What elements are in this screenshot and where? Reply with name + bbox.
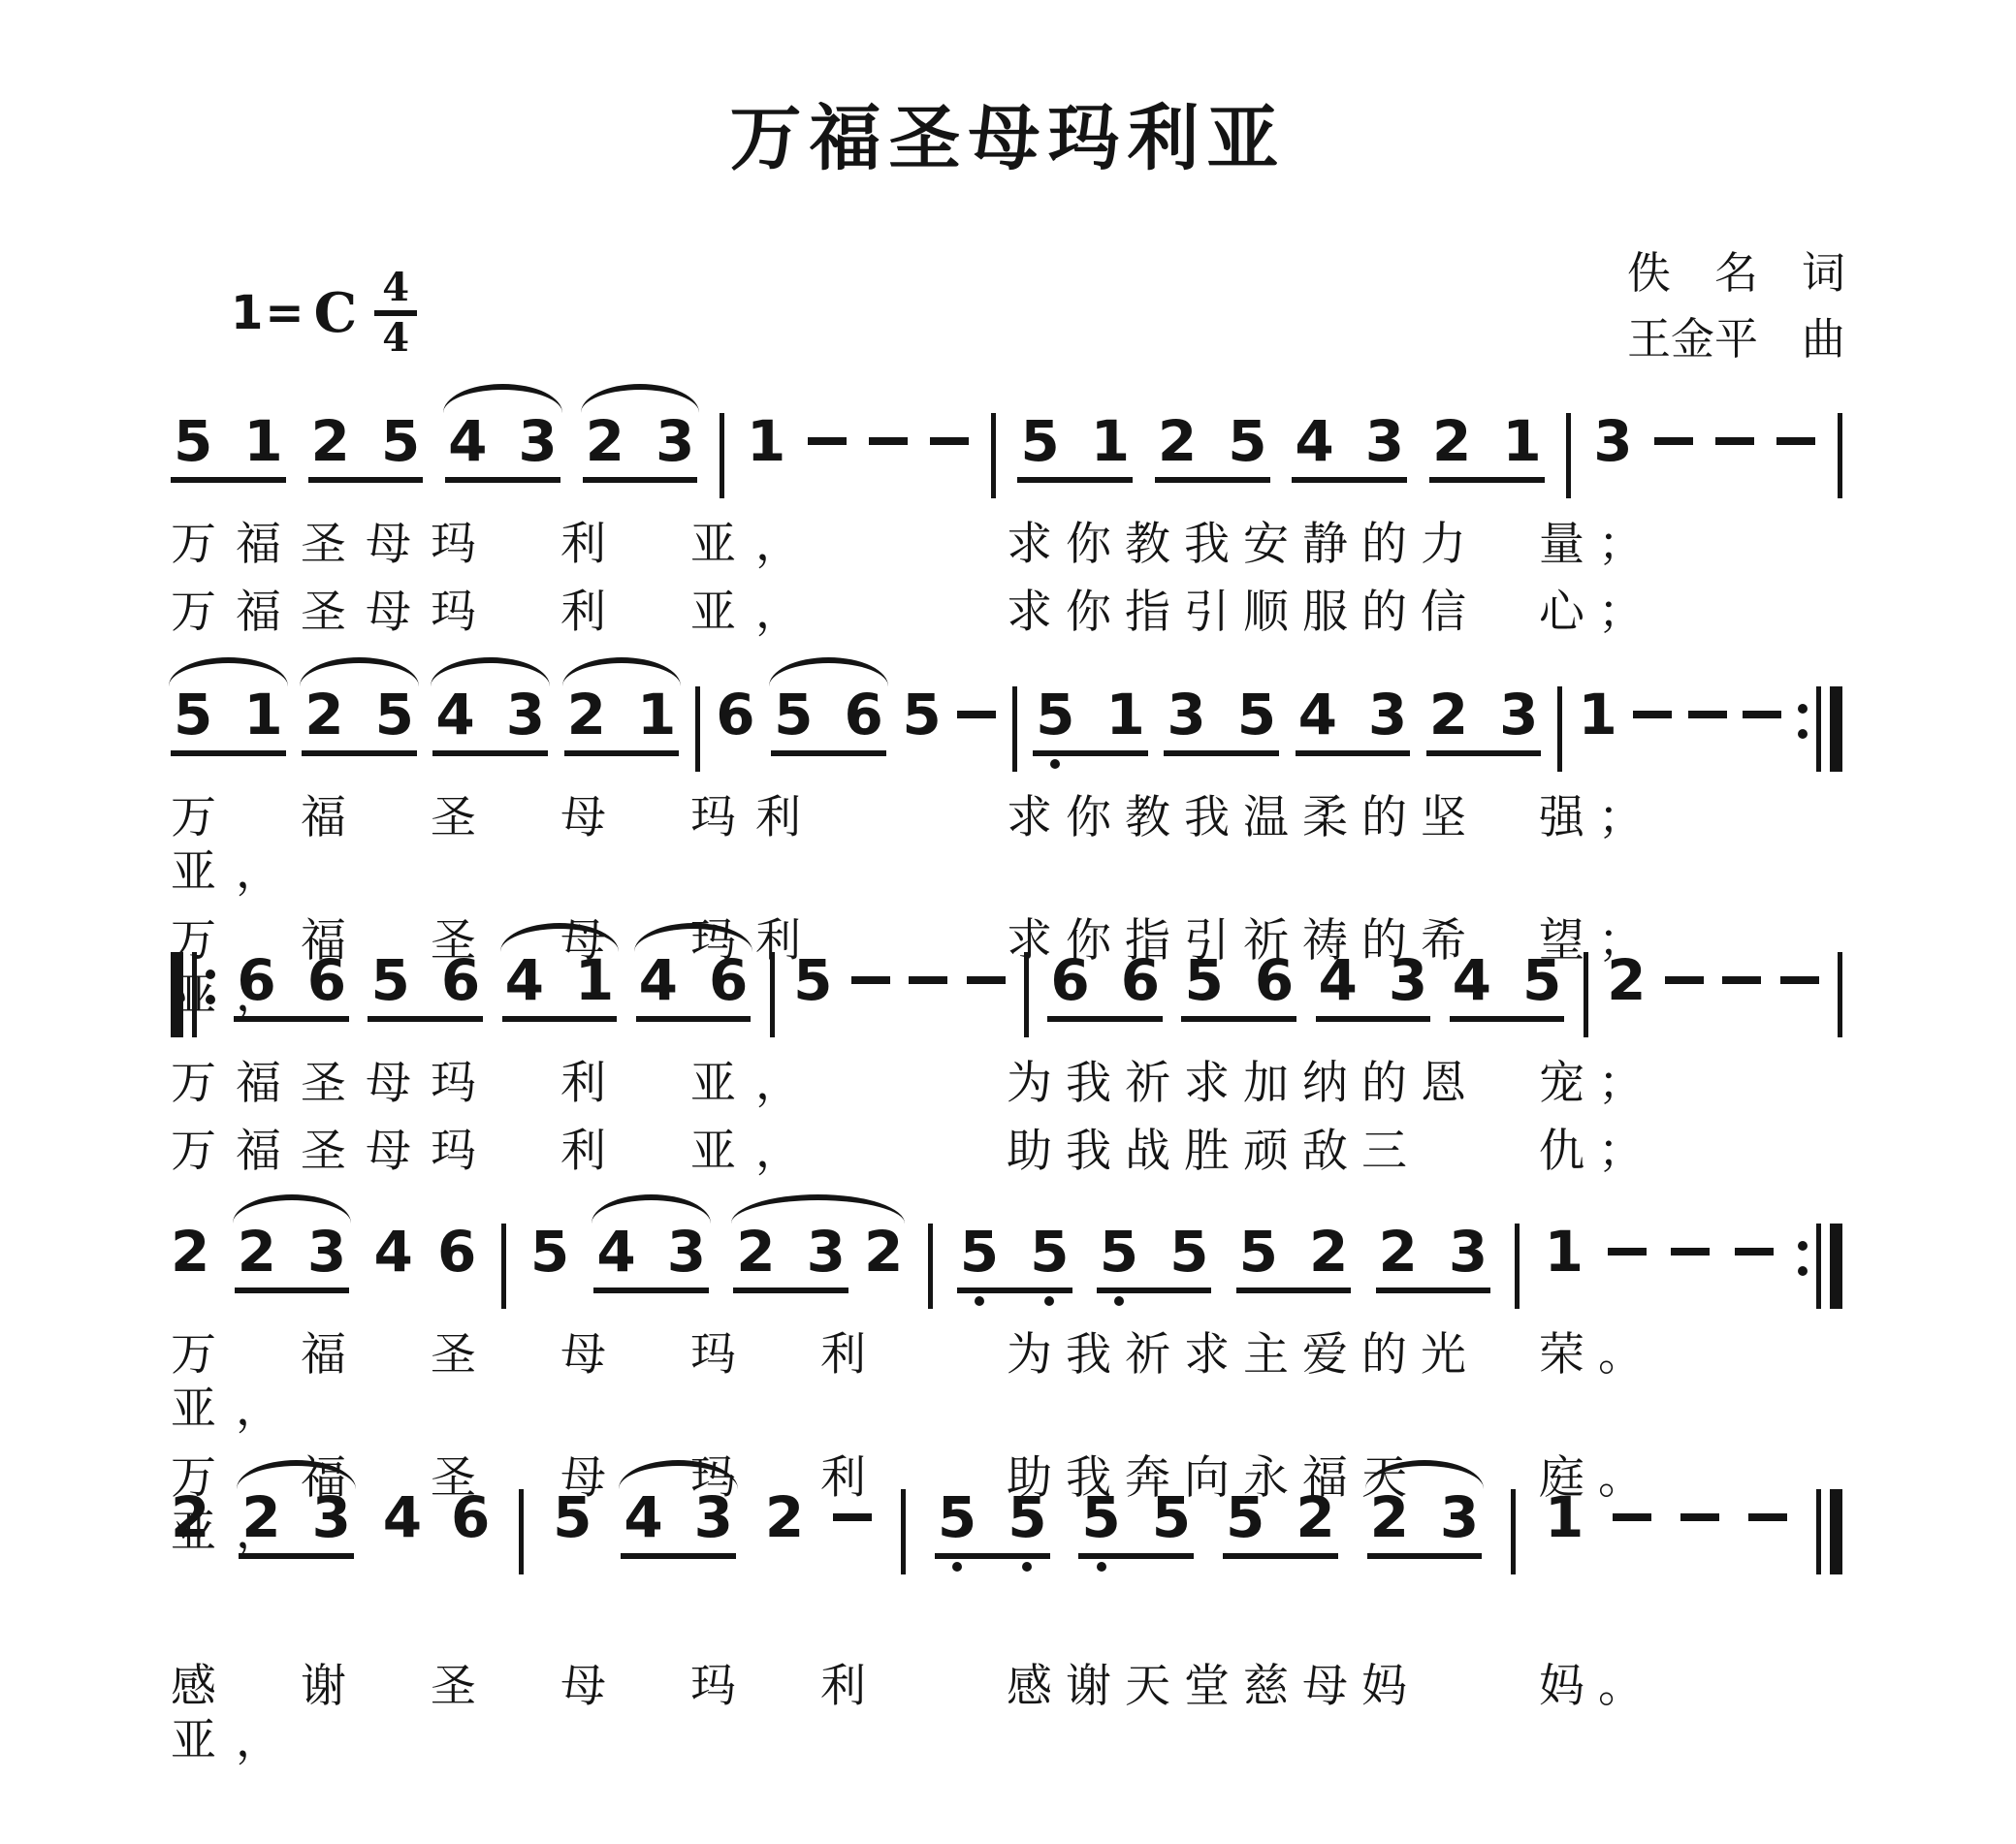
note-group: 66 bbox=[234, 952, 349, 1022]
note-digit: 5 bbox=[381, 413, 420, 469]
lyrics-right-phrase: 求你指引顺服的信 心； bbox=[1007, 586, 1842, 640]
note-digit: 6 bbox=[451, 1489, 490, 1545]
note-digit: 5 bbox=[1100, 1224, 1138, 1280]
duration-dash bbox=[1688, 711, 1727, 718]
note-digit: 3 bbox=[807, 1224, 846, 1280]
note-digit: 2 bbox=[241, 1489, 280, 1545]
barline bbox=[1566, 413, 1571, 498]
duration-dash bbox=[851, 976, 890, 984]
note-digit: 5 bbox=[1030, 1224, 1069, 1280]
note-digit: 5 bbox=[1008, 1489, 1046, 1545]
note-group: 23 bbox=[583, 413, 698, 483]
note-group: 43 bbox=[445, 413, 560, 483]
lyrics-line: 万福圣母玛 利 亚，求你指引顺服的信 心； bbox=[171, 586, 1842, 640]
note-group: 43 bbox=[1296, 686, 1411, 756]
note-group: 43 bbox=[621, 1489, 736, 1559]
beam-group: 51 bbox=[171, 686, 286, 756]
note-digit: 3 bbox=[506, 686, 545, 743]
beam-group: 23 bbox=[235, 1224, 350, 1293]
beam-group: 43 bbox=[432, 686, 548, 756]
lyrics-left-phrase: 万福圣母玛 利 亚， bbox=[171, 1125, 1007, 1179]
note-digit: 1 bbox=[1106, 686, 1145, 743]
note-digit: 6 bbox=[1050, 952, 1089, 1008]
beam-group: 43 bbox=[621, 1489, 736, 1559]
note-digit: 3 bbox=[518, 413, 557, 469]
note-group: 56 bbox=[1181, 952, 1296, 1022]
note-digit: 4 bbox=[1298, 686, 1337, 743]
note-digit: 2 bbox=[736, 1224, 775, 1280]
note-digit: 5 bbox=[1152, 1489, 1191, 1545]
note-digit: 5 bbox=[1036, 686, 1074, 743]
barline bbox=[1838, 413, 1842, 498]
lyrics-line: 感 谢 圣 母 玛 利 亚，感谢天堂慈母妈 妈。 bbox=[171, 1660, 1842, 1769]
beam-group: 35 bbox=[1164, 686, 1279, 756]
thick-bar bbox=[1830, 686, 1842, 772]
note-digit: 1 bbox=[243, 413, 282, 469]
beam-group: 25 bbox=[302, 686, 417, 756]
note-digit: 1 bbox=[637, 686, 676, 743]
thick-bar bbox=[1830, 1489, 1842, 1574]
note-digit: 5 bbox=[1020, 413, 1059, 469]
note-digit: 5 bbox=[1184, 952, 1223, 1008]
beam-group: 43 bbox=[1316, 952, 1431, 1022]
note-digit: 3 bbox=[1449, 1224, 1488, 1280]
note-digit: 4 bbox=[505, 952, 544, 1008]
beam-group: 23 bbox=[1426, 686, 1542, 756]
repeat-dot bbox=[1798, 1266, 1808, 1276]
barline bbox=[1012, 686, 1017, 772]
note-digit: 1 bbox=[1091, 413, 1130, 469]
barline bbox=[501, 1224, 506, 1309]
note-digit: 2 bbox=[765, 1489, 804, 1545]
duration-dash bbox=[1748, 1513, 1787, 1521]
note-digit: 4 bbox=[624, 1489, 662, 1545]
note-digit: 2 bbox=[586, 413, 624, 469]
beam-group: 23 bbox=[733, 1224, 848, 1293]
note-digit: 2 bbox=[1370, 1489, 1409, 1545]
thick-bar bbox=[1830, 1224, 1842, 1309]
duration-dash bbox=[833, 1513, 872, 1521]
beam-group: 51 bbox=[171, 413, 286, 483]
beam-group: 66 bbox=[234, 952, 349, 1022]
note-digit: 2 bbox=[1432, 413, 1471, 469]
barline bbox=[770, 952, 775, 1037]
note-group: 55 bbox=[1078, 1489, 1194, 1559]
note-digit: 2 bbox=[171, 1224, 209, 1280]
note-digit: 4 bbox=[639, 952, 678, 1008]
repeat-end-barline bbox=[1798, 686, 1842, 772]
note-digit: 6 bbox=[716, 686, 754, 743]
note-digit: 3 bbox=[312, 1489, 351, 1545]
duration-dash bbox=[1680, 1513, 1719, 1521]
lyricist-credit: 佚 名 词 bbox=[1627, 240, 1845, 306]
repeat-dots bbox=[1798, 1224, 1808, 1293]
note-digit: 6 bbox=[307, 952, 346, 1008]
note-digit: 2 bbox=[1607, 952, 1646, 1008]
note-digit: 4 bbox=[596, 1224, 635, 1280]
notation-line: 665641465665643452 bbox=[171, 919, 1842, 1037]
note-digit: 5 bbox=[530, 1224, 569, 1280]
lyrics-right-phrase: 感谢天堂慈母妈 妈。 bbox=[1007, 1660, 1842, 1769]
duration-dash bbox=[957, 711, 996, 718]
beam-group: 23 bbox=[1376, 1224, 1491, 1293]
note-digit: 5 bbox=[1169, 1224, 1208, 1280]
lyrics-left-phrase: 万福圣母玛 利 亚， bbox=[171, 518, 1007, 572]
note-digit: 2 bbox=[864, 1224, 903, 1280]
note-group: 43 bbox=[1316, 952, 1431, 1022]
barline bbox=[991, 413, 996, 498]
thin-bar bbox=[1816, 686, 1821, 772]
note-digit: 2 bbox=[238, 1224, 276, 1280]
note-digit: 3 bbox=[1593, 413, 1632, 469]
beam-group: 55 bbox=[1078, 1489, 1194, 1559]
beam-group: 55 bbox=[957, 1224, 1072, 1293]
repeat-dot bbox=[206, 995, 215, 1004]
note-digit: 2 bbox=[1429, 686, 1468, 743]
barline bbox=[1515, 1224, 1520, 1309]
duration-dash bbox=[1633, 711, 1672, 718]
note-group: 21 bbox=[1429, 413, 1545, 483]
note-group: 41 bbox=[502, 952, 618, 1022]
note-digit: 3 bbox=[694, 1489, 733, 1545]
duration-dash bbox=[909, 976, 947, 984]
note-digit: 1 bbox=[1502, 413, 1541, 469]
duration-dash bbox=[930, 437, 969, 445]
lyrics-left-phrase: 万福圣母玛 利 亚， bbox=[171, 1057, 1007, 1111]
note-digit: 5 bbox=[1522, 952, 1561, 1008]
lyrics-left-phrase: 万 福 圣 母 玛利 亚， bbox=[171, 791, 1007, 901]
time-signature: 4 4 bbox=[374, 268, 417, 359]
repeat-start-barline bbox=[171, 952, 215, 1037]
note-digit: 5 bbox=[1226, 1489, 1264, 1545]
note-digit: 4 bbox=[435, 686, 474, 743]
repeat-dot bbox=[206, 970, 215, 979]
barline bbox=[695, 686, 700, 772]
time-signature-numerator: 4 bbox=[374, 268, 417, 316]
duration-dash bbox=[1671, 1248, 1710, 1256]
barline bbox=[1511, 1489, 1516, 1574]
note-digit: 2 bbox=[171, 1489, 209, 1545]
barline bbox=[1584, 952, 1588, 1037]
beam-group: 55 bbox=[1097, 1224, 1212, 1293]
thick-bar bbox=[171, 952, 183, 1037]
repeat-dot bbox=[1798, 1241, 1808, 1251]
repeat-dot bbox=[1798, 729, 1808, 739]
note-group: 25 bbox=[302, 686, 417, 756]
note-group: 23 bbox=[235, 1224, 350, 1293]
note-digit: 2 bbox=[1379, 1224, 1418, 1280]
note-digit: 2 bbox=[1309, 1224, 1348, 1280]
note-digit: 4 bbox=[383, 1489, 422, 1545]
note-digit: 5 bbox=[553, 1489, 592, 1545]
note-digit: 4 bbox=[1453, 952, 1491, 1008]
tonic-prefix: 1= bbox=[231, 286, 306, 340]
note-group: 52 bbox=[1236, 1224, 1352, 1293]
credits: 佚 名 词 王金平 曲 bbox=[1627, 240, 1845, 371]
lyrics-right-phrase: 求你教我温柔的坚 强； bbox=[1007, 791, 1842, 901]
note-digit: 3 bbox=[667, 1224, 706, 1280]
repeat-dot bbox=[1798, 704, 1808, 714]
notation-line: 512543231512543213 bbox=[171, 380, 1842, 498]
duration-dash bbox=[1735, 1248, 1774, 1256]
notation-system: 512543231512543213万福圣母玛 利 亚，求你教我安静的力 量；万… bbox=[171, 380, 1842, 641]
note-digit: 3 bbox=[1368, 686, 1407, 743]
beam-group: 51 bbox=[1017, 413, 1133, 483]
note-digit: 3 bbox=[1167, 686, 1205, 743]
duration-dash bbox=[1715, 437, 1754, 445]
note-group: 51 bbox=[1033, 686, 1148, 756]
note-digit: 1 bbox=[575, 952, 614, 1008]
page-title: 万福圣母玛利亚 bbox=[0, 81, 2016, 184]
note-digit: 1 bbox=[243, 686, 282, 743]
notation-line: 223465432555552231 bbox=[171, 1456, 1842, 1574]
note-digit: 3 bbox=[1440, 1489, 1479, 1545]
note-group: 25 bbox=[1155, 413, 1270, 483]
note-digit: 5 bbox=[174, 686, 212, 743]
note-digit: 6 bbox=[237, 952, 275, 1008]
notation-system: 665641465665643452万福圣母玛 利 亚，为我祈求加纳的恩 宠；万… bbox=[171, 919, 1842, 1180]
note-digit: 2 bbox=[304, 686, 343, 743]
thin-bar bbox=[192, 952, 197, 1037]
note-digit: 5 bbox=[375, 686, 414, 743]
barline bbox=[720, 413, 724, 498]
repeat-end-barline bbox=[1798, 1224, 1842, 1309]
note-group: 46 bbox=[636, 952, 752, 1022]
composer-credit: 王金平 曲 bbox=[1627, 306, 1845, 372]
note-digit: 3 bbox=[656, 413, 694, 469]
barline bbox=[1557, 686, 1562, 772]
duration-dash bbox=[1608, 1248, 1647, 1256]
note-group: 23 bbox=[1376, 1224, 1491, 1293]
key-signature: 1= C 4 4 bbox=[231, 268, 417, 359]
beam-group: 43 bbox=[1292, 413, 1407, 483]
note-digit: 4 bbox=[373, 1224, 412, 1280]
note-digit: 5 bbox=[774, 686, 813, 743]
duration-dash bbox=[1776, 437, 1815, 445]
thin-bar bbox=[1816, 1224, 1821, 1309]
duration-dash bbox=[1743, 711, 1781, 718]
beam-group: 51 bbox=[1033, 686, 1148, 756]
note-group: 21 bbox=[564, 686, 680, 756]
beam-group: 45 bbox=[1450, 952, 1565, 1022]
barline bbox=[1024, 952, 1029, 1037]
beam-group: 55 bbox=[935, 1489, 1050, 1559]
note-group: 56 bbox=[771, 686, 886, 756]
barline bbox=[519, 1489, 524, 1574]
notation-line: 22346543232555552231 bbox=[171, 1191, 1842, 1309]
beam-group: 46 bbox=[636, 952, 752, 1022]
lyrics-right-phrase: 为我祈求主爱的光 荣。 bbox=[1007, 1328, 1842, 1438]
note-digit: 1 bbox=[1545, 1224, 1584, 1280]
lyrics-left-phrase: 万福圣母玛 利 亚， bbox=[171, 586, 1007, 640]
note-digit: 1 bbox=[747, 413, 785, 469]
note-digit: 5 bbox=[902, 686, 941, 743]
note-group: 23 bbox=[1426, 686, 1542, 756]
beam-group: 56 bbox=[771, 686, 886, 756]
note-group: 55 bbox=[935, 1489, 1050, 1559]
note-digit: 5 bbox=[938, 1489, 976, 1545]
lyrics-line: 万福圣母玛 利 亚，为我祈求加纳的恩 宠； bbox=[171, 1057, 1842, 1111]
duration-dash bbox=[869, 437, 908, 445]
note-digit: 4 bbox=[1295, 413, 1333, 469]
beam-group: 21 bbox=[564, 686, 680, 756]
note-digit: 2 bbox=[311, 413, 350, 469]
beam-group: 56 bbox=[368, 952, 483, 1022]
duration-dash bbox=[1654, 437, 1693, 445]
lyrics-right-phrase: 为我祈求加纳的恩 宠； bbox=[1007, 1057, 1842, 1111]
note-digit: 2 bbox=[1158, 413, 1197, 469]
note-digit: 4 bbox=[1319, 952, 1358, 1008]
note-digit: 3 bbox=[307, 1224, 346, 1280]
note-group: 56 bbox=[368, 952, 483, 1022]
duration-dash bbox=[808, 437, 847, 445]
final-barline bbox=[1816, 1489, 1842, 1574]
lyrics-left-phrase: 万 福 圣 母 玛 利 亚， bbox=[171, 1328, 1007, 1438]
note-digit: 6 bbox=[441, 952, 480, 1008]
lyrics-left-phrase: 感 谢 圣 母 玛 利 亚， bbox=[171, 1660, 1007, 1769]
note-group: 43 bbox=[432, 686, 548, 756]
notation-system: 223465432555552231感 谢 圣 母 玛 利 亚，感谢天堂慈母妈 … bbox=[171, 1456, 1842, 1769]
note-digit: 5 bbox=[1228, 413, 1266, 469]
beam-group: 43 bbox=[593, 1224, 709, 1293]
note-group: 55 bbox=[957, 1224, 1072, 1293]
beam-group: 52 bbox=[1236, 1224, 1352, 1293]
lyrics-line: 万福圣母玛 利 亚，求你教我安静的力 量； bbox=[171, 518, 1842, 572]
note-digit: 2 bbox=[1296, 1489, 1334, 1545]
repeat-dots bbox=[1798, 686, 1808, 756]
note-digit: 5 bbox=[174, 413, 212, 469]
duration-dash bbox=[1613, 1513, 1651, 1521]
note-group: 51 bbox=[171, 686, 286, 756]
beam-group: 52 bbox=[1223, 1489, 1338, 1559]
note-digit: 2 bbox=[567, 686, 606, 743]
beam-group: 56 bbox=[1181, 952, 1296, 1022]
thin-bar bbox=[1816, 1489, 1821, 1574]
note-digit: 3 bbox=[1365, 413, 1404, 469]
beam-group: 21 bbox=[1429, 413, 1545, 483]
note-group: 55 bbox=[1097, 1224, 1212, 1293]
note-group: 52 bbox=[1223, 1489, 1338, 1559]
note-digit: 1 bbox=[1578, 686, 1616, 743]
note-digit: 5 bbox=[1081, 1489, 1120, 1545]
note-group: 232 bbox=[733, 1224, 903, 1293]
note-digit: 3 bbox=[1389, 952, 1427, 1008]
note-group: 51 bbox=[171, 413, 286, 483]
note-digit: 6 bbox=[437, 1224, 476, 1280]
beam-group: 25 bbox=[1155, 413, 1270, 483]
repeat-dots bbox=[206, 952, 215, 1022]
beam-group: 43 bbox=[445, 413, 560, 483]
barline bbox=[901, 1489, 906, 1574]
note-group: 25 bbox=[308, 413, 424, 483]
beam-group: 41 bbox=[502, 952, 618, 1022]
lyrics-line: 万福圣母玛 利 亚，助我战胜顽敌三 仇； bbox=[171, 1125, 1842, 1179]
note-digit: 5 bbox=[960, 1224, 999, 1280]
lyrics-line: 万 福 圣 母 玛 利 亚，为我祈求主爱的光 荣。 bbox=[171, 1328, 1842, 1438]
note-digit: 1 bbox=[1545, 1489, 1584, 1545]
note-group: 43 bbox=[1292, 413, 1407, 483]
notation-line: 512543216565513543231 bbox=[171, 653, 1842, 772]
note-digit: 6 bbox=[1255, 952, 1294, 1008]
note-group: 35 bbox=[1164, 686, 1279, 756]
note-group: 51 bbox=[1017, 413, 1133, 483]
barline bbox=[928, 1224, 933, 1309]
note-digit: 5 bbox=[1237, 686, 1276, 743]
lyrics-line: 万 福 圣 母 玛利 亚，求你教我温柔的坚 强； bbox=[171, 791, 1842, 901]
duration-dash bbox=[1665, 976, 1704, 984]
lyrics-right-phrase: 助我战胜顽敌三 仇； bbox=[1007, 1125, 1842, 1179]
note-digit: 4 bbox=[448, 413, 487, 469]
note-digit: 5 bbox=[793, 952, 832, 1008]
beam-group: 25 bbox=[308, 413, 424, 483]
note-digit: 5 bbox=[370, 952, 409, 1008]
note-digit: 6 bbox=[709, 952, 748, 1008]
note-digit: 6 bbox=[1121, 952, 1160, 1008]
note-group: 43 bbox=[593, 1224, 709, 1293]
barline bbox=[1838, 952, 1842, 1037]
beam-group: 23 bbox=[583, 413, 698, 483]
time-signature-denominator: 4 bbox=[382, 316, 409, 359]
beam-group: 23 bbox=[239, 1489, 354, 1559]
note-group: 23 bbox=[1367, 1489, 1483, 1559]
beam-group: 66 bbox=[1047, 952, 1163, 1022]
note-group: 23 bbox=[239, 1489, 354, 1559]
note-group: 66 bbox=[1047, 952, 1163, 1022]
lyrics-right-phrase: 求你教我安静的力 量； bbox=[1007, 518, 1842, 572]
duration-dash bbox=[1780, 976, 1819, 984]
beam-group: 23 bbox=[1367, 1489, 1483, 1559]
key-letter: C bbox=[314, 281, 358, 345]
beam-group: 43 bbox=[1296, 686, 1411, 756]
note-group: 45 bbox=[1450, 952, 1565, 1022]
duration-dash bbox=[1722, 976, 1761, 984]
note-digit: 5 bbox=[1239, 1224, 1278, 1280]
note-digit: 3 bbox=[1499, 686, 1538, 743]
note-digit: 6 bbox=[845, 686, 883, 743]
duration-dash bbox=[967, 976, 1006, 984]
